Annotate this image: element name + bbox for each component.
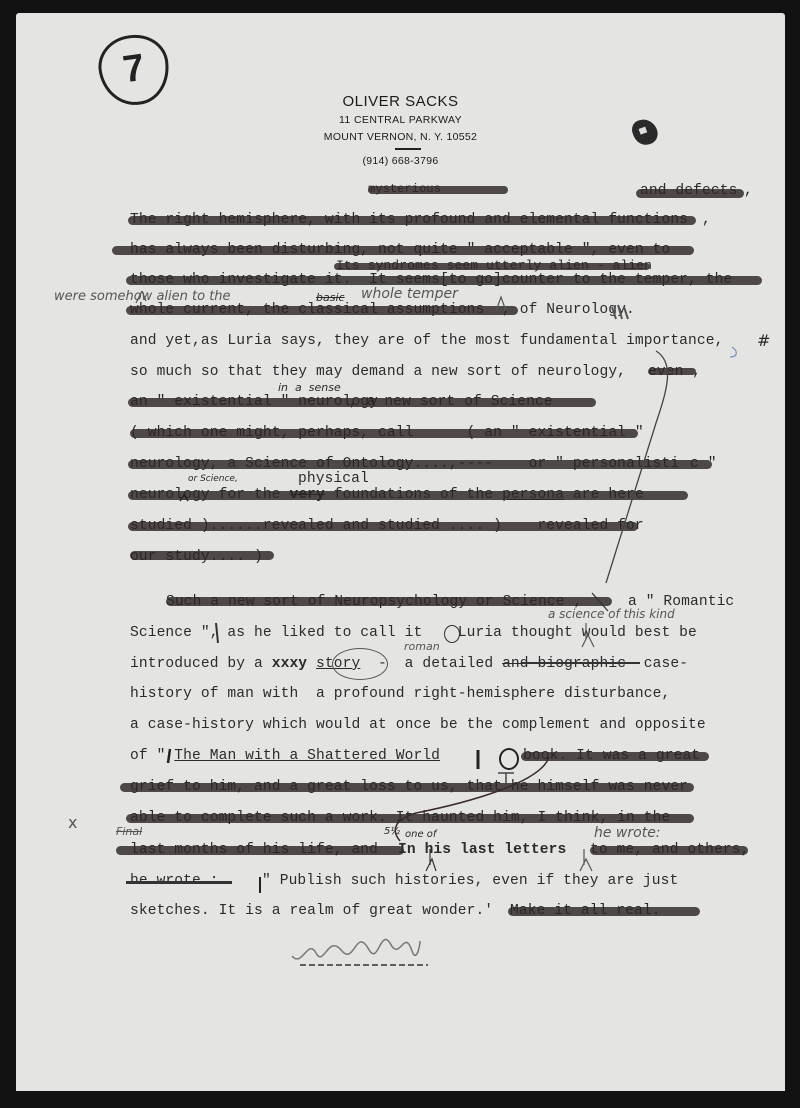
strikeout: [334, 263, 650, 270]
handwritten-roman: roman: [404, 640, 440, 653]
strikeout: [636, 189, 744, 198]
strikeout: [508, 907, 700, 916]
letterhead-name: OLIVER SACKS: [16, 93, 785, 110]
handwritten-whole-temper: whole temper: [361, 286, 458, 302]
typed-line-8: so much so that they may demand a new so…: [130, 364, 626, 380]
typed-line-25: sketches. It is a realm of great wonder.…: [130, 903, 493, 919]
handwritten-in-a-sense: in a sense: [278, 381, 341, 394]
handwritten-circled-period: [444, 625, 460, 643]
typed-text: introduced by a: [130, 656, 272, 672]
strikeout: [112, 246, 694, 255]
strikeout: [126, 306, 518, 315]
typed-line-19: a case-history which would at once be th…: [130, 717, 706, 733]
strikeout: [126, 881, 232, 884]
strikeout: [126, 276, 762, 285]
typed-insert-physical: physical: [298, 471, 369, 487]
handwritten-one-of: one of: [405, 829, 436, 840]
letterhead-divider: [395, 148, 421, 150]
strikeout: [648, 368, 696, 375]
strikeout: [590, 846, 748, 855]
handwritten-struck-final: Final: [116, 825, 142, 838]
typed-comma: ,: [702, 212, 711, 228]
strikeout: [128, 216, 696, 225]
strikeout: [116, 846, 404, 855]
typed-line-18: history of man with a profound right-hem…: [130, 686, 670, 702]
typed-line-24: " Publish such histories, even if they a…: [262, 873, 678, 889]
handwritten-circled-period: [499, 748, 519, 770]
typed-line-6: , of Neurology.: [502, 302, 635, 318]
strikeout: [166, 597, 612, 606]
typed-xxxy: xxxy: [272, 656, 307, 672]
handwritten-five-half: 5½: [384, 826, 400, 837]
strikeout: [128, 491, 688, 500]
handwritten-x-mark: x: [68, 813, 77, 832]
typed-text: c case-: [617, 656, 688, 672]
typed-text: of ": [130, 748, 174, 764]
handwritten-or-science: or Science,: [188, 474, 238, 484]
typed-line-20: of " The Man with a Shattered World: [130, 748, 440, 764]
handwritten-paragraph-mark: #: [757, 331, 770, 350]
typed-comma: ,: [744, 183, 753, 199]
typed-text: [307, 656, 316, 672]
strikeout: [126, 814, 694, 823]
typed-line-23: In his last letters: [398, 842, 566, 858]
letterhead-phone: (914) 668-3796: [16, 155, 785, 167]
handwritten-circle: [332, 648, 388, 680]
handwritten-science-of-this-kind: a science of this kind: [548, 607, 675, 621]
typed-struck-biographic: and biographi: [502, 656, 617, 672]
handwritten-he-wrote: he wrote:: [594, 825, 661, 841]
letterhead-address-line2: MOUNT VERNON, N. Y. 10552: [16, 131, 785, 143]
strikeout: [368, 186, 508, 194]
strikeout: [128, 398, 596, 407]
typed-line-7: and yet,as Luria says, they are of the m…: [130, 333, 723, 349]
strikeout: [128, 522, 638, 531]
manuscript-page: 7 OLIVER SACKS 11 CENTRAL PARKWAY MOUNT …: [16, 13, 785, 1091]
strikeout: [128, 460, 712, 469]
strikeout: [130, 429, 638, 438]
typed-line-16: Science ", as he liked to call it Luria …: [130, 625, 697, 641]
typed-underlined-title: The Man with a Shattered World: [174, 748, 440, 764]
strikeout: [521, 752, 709, 761]
strikeout: [130, 551, 274, 560]
typed-line-17: introduced by a xxxy story - a detailed …: [130, 656, 688, 672]
letterhead-address-line1: 11 CENTRAL PARKWAY: [16, 114, 785, 126]
strikeout: [120, 783, 694, 792]
